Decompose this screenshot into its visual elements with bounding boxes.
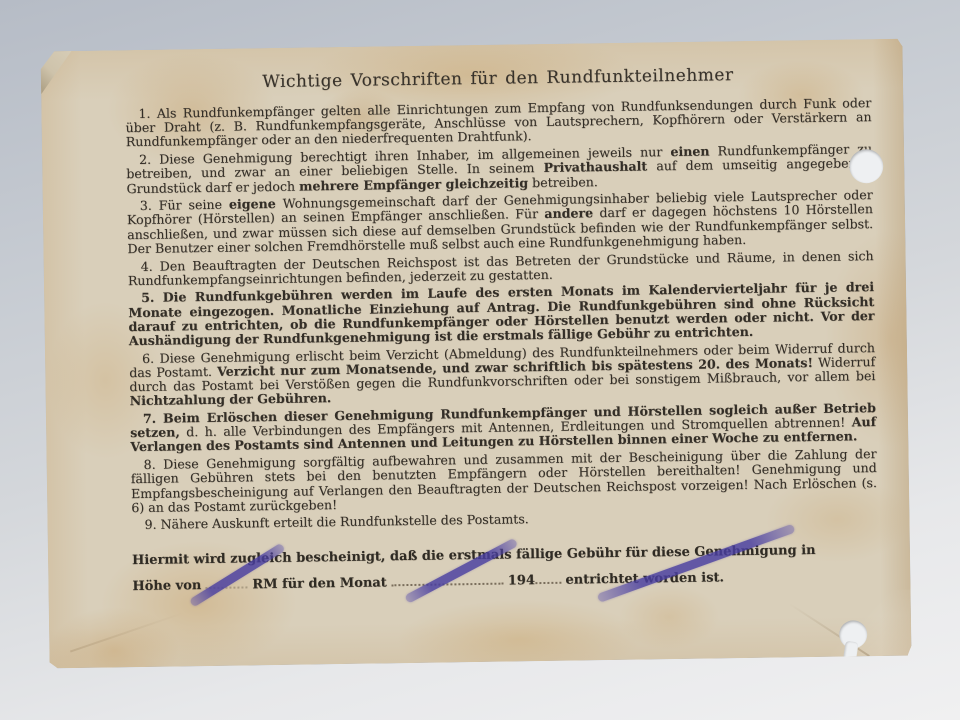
regulation-paragraph-2: 2. Diese Genehmigung berechtigt ihren In… <box>126 142 873 196</box>
text-segment: Höhe von <box>132 578 201 594</box>
document-title: Wichtige Vorschriften für den Rundfunkte… <box>125 63 871 94</box>
text-segment: 1. Als Rundfunkempfänger gelten alle Ein… <box>126 95 872 149</box>
paper-tear <box>841 641 858 673</box>
text-segment: mehrere Empfänger gleichzeitig <box>299 175 528 193</box>
text-segment: 194 <box>508 573 535 588</box>
text-segment: Nichtzahlung der Gebühren. <box>130 391 332 409</box>
paper-sheet: Wichtige Vorschriften für den Rundfunkte… <box>40 39 911 669</box>
text-segment: RM für den Monat <box>252 575 387 592</box>
regulation-paragraph-7: 7. Beim Erlöschen dieser Genehmigung Run… <box>130 401 877 455</box>
fee-certification: Hiermit wird zugleich bescheinigt, daß d… <box>132 537 879 600</box>
text-segment: betreiben. <box>528 174 598 190</box>
text-segment: einen <box>670 144 709 160</box>
printed-text-block: Wichtige Vorschriften für den Rundfunkte… <box>125 63 879 600</box>
photo-background: Wichtige Vorschriften für den Rundfunkte… <box>0 0 960 720</box>
hole-punch-top <box>849 149 884 184</box>
text-segment: 5. Die Rundfunkgebühren werden im Laufe … <box>128 280 874 349</box>
year-blank <box>535 570 561 583</box>
text-segment: 9. Nähere Auskunft erteilt die Rundfunks… <box>144 512 528 533</box>
regulation-paragraph-6: 6. Diese Genehmigung erlischt beim Verzi… <box>129 341 876 409</box>
text-segment: 8. Diese Genehmigung sorgfältig aufbewah… <box>131 446 877 515</box>
regulation-paragraph-1: 1. Als Rundfunkempfänger gelten alle Ein… <box>125 96 872 150</box>
regulation-paragraph-5: 5. Die Rundfunkgebühren werden im Laufe … <box>128 281 875 349</box>
regulation-paragraph-8: 8. Diese Genehmigung sorgfältig aufbewah… <box>131 447 878 515</box>
crease-line <box>70 612 184 653</box>
folded-corner <box>40 51 72 94</box>
regulation-paragraph-3: 3. Für seine eigene Wohnungsgemeinschaft… <box>127 188 874 256</box>
